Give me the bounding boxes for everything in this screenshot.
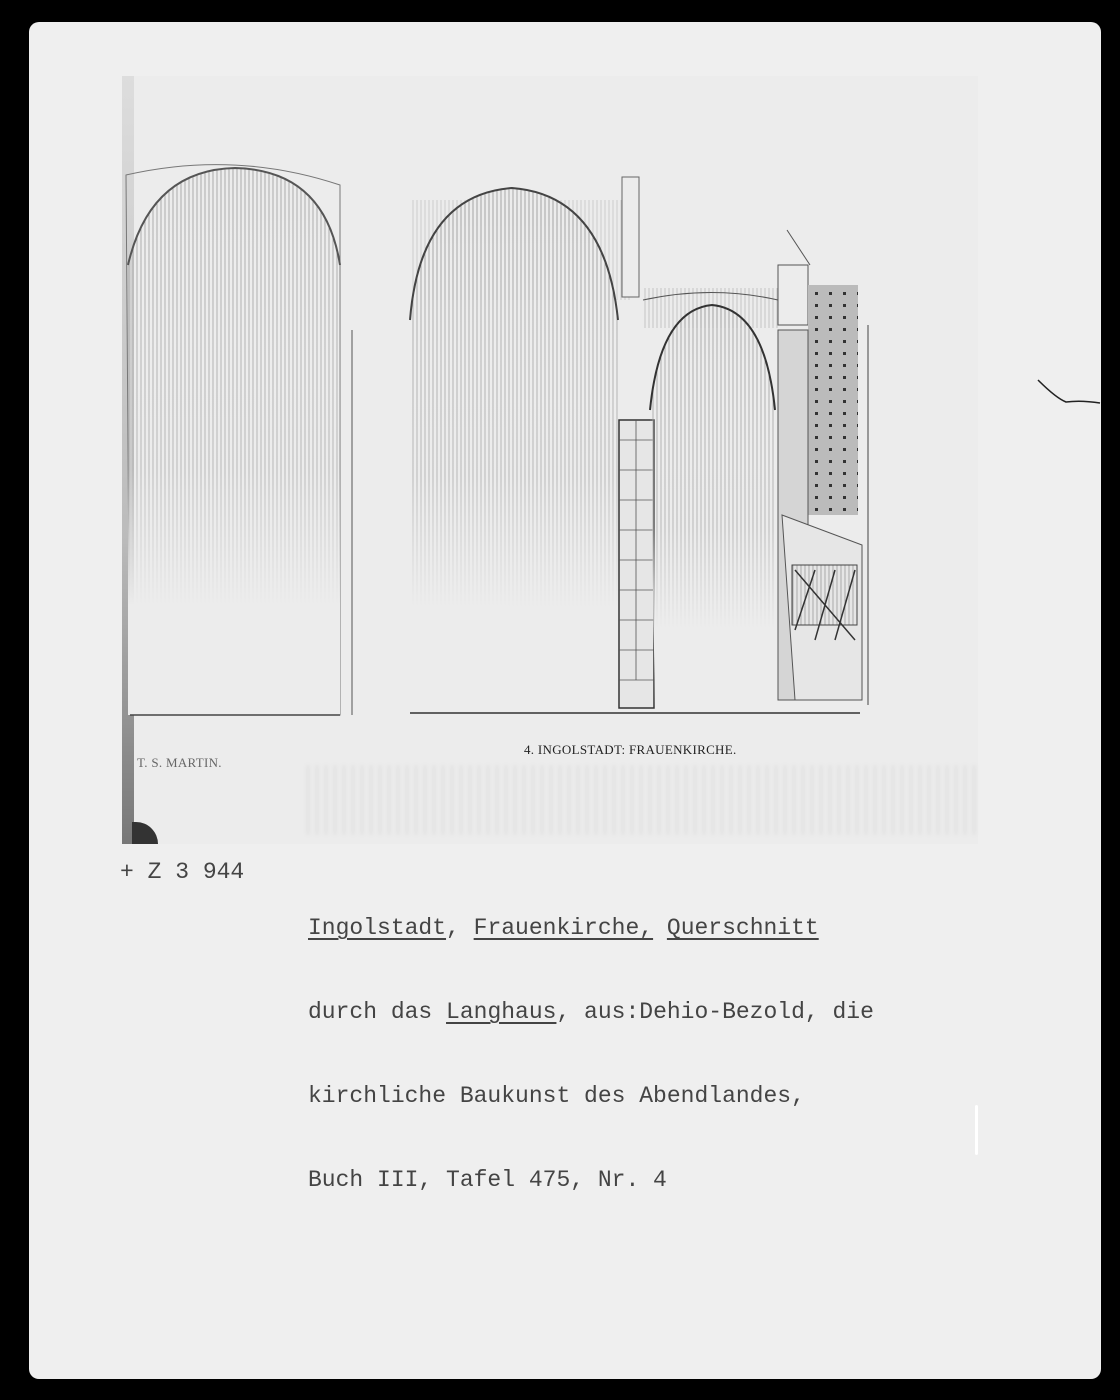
nave-pier bbox=[619, 420, 654, 708]
catalog-number: + Z 3 944 bbox=[120, 858, 290, 886]
separator: , bbox=[446, 915, 474, 941]
buttress-brickwork bbox=[778, 285, 868, 705]
description-line-3: kirchliche Baukunst des Abendlandes, bbox=[308, 1082, 874, 1110]
plate-caption-frauenkirche: 4. INGOLSTADT: FRAUENKIRCHE. bbox=[524, 742, 737, 758]
separator bbox=[653, 915, 667, 941]
film-hair-artifact bbox=[1036, 378, 1106, 418]
text-fragment: durch das bbox=[308, 999, 446, 1025]
source-text: , aus:Dehio-Bezold, die bbox=[556, 999, 873, 1025]
plate-caption-st-martin: T. S. MARTIN. bbox=[137, 755, 222, 771]
typed-caption: + Z 3 944 Ingolstadt, Frauenkirche, Quer… bbox=[120, 858, 148, 942]
church-name: Frauenkirche, bbox=[474, 915, 653, 941]
description-line-2: durch das Langhaus, aus:Dehio-Bezold, di… bbox=[308, 998, 874, 1026]
place-name: Ingolstadt bbox=[308, 915, 446, 941]
view-type: Querschnitt bbox=[667, 915, 819, 941]
building-part: Langhaus bbox=[446, 999, 556, 1025]
st-martin-section bbox=[126, 165, 352, 715]
film-smear bbox=[300, 765, 978, 835]
description-block: Ingolstadt, Frauenkirche, Querschnitt du… bbox=[308, 858, 874, 1250]
description-line-4: Buch III, Tafel 475, Nr. 4 bbox=[308, 1166, 874, 1194]
description-line-1: Ingolstadt, Frauenkirche, Querschnitt bbox=[308, 914, 874, 942]
film-scratch bbox=[975, 1105, 978, 1155]
